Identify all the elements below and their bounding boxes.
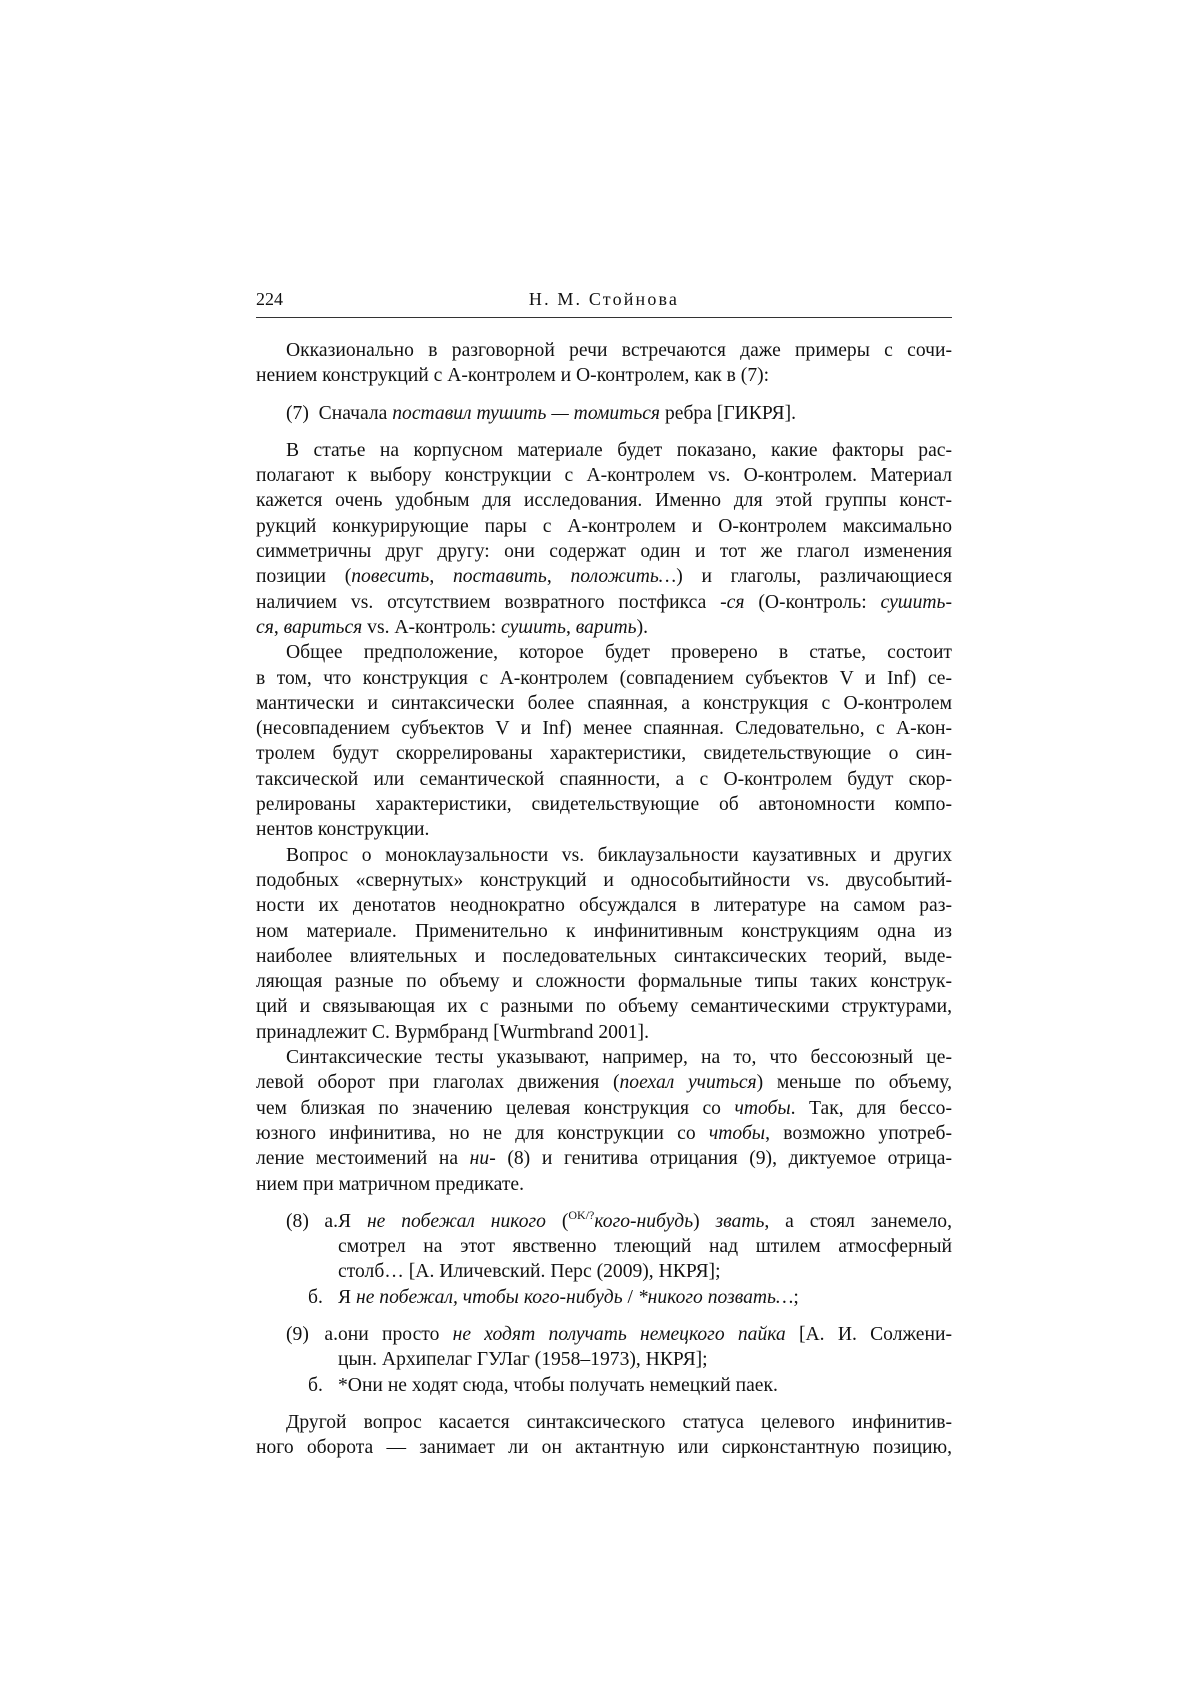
italic-text: поехал учиться (619, 1072, 756, 1093)
text-line: чем близкая по значению целевая конструк… (256, 1096, 952, 1121)
text: *Они не ходят сюда, чтобы получать немец… (338, 1375, 778, 1396)
example-sublabel: б. (308, 1373, 323, 1398)
text: ) и глаголы, различающиеся (676, 566, 952, 587)
text: (О-контроль: (745, 592, 881, 613)
paragraph: Синтаксические тесты указывают, например… (256, 1045, 952, 1197)
text: , а стоял занемело, (764, 1211, 952, 1232)
text-line: В статье на корпусном материале будет по… (256, 438, 952, 463)
text-line: ности их денотатов неоднократно обсуждал… (256, 893, 952, 918)
text: , возможно употреб- (765, 1123, 952, 1144)
example-line: (7) Сначала поставил тушить — томиться р… (286, 401, 952, 426)
text-line: юзного инфинитива, но не для конструкции… (256, 1121, 952, 1146)
text-line: (несовпадением субъектов V и Inf) менее … (256, 716, 952, 741)
text-line: ном материале. Применительно к инфинитив… (256, 919, 952, 944)
text-line: принадлежит С. Вурмбранд [Wurmbrand 2001… (256, 1020, 952, 1045)
text-line: Окказионально в разговорной речи встреча… (256, 338, 952, 363)
text-line: мантически и синтаксически более спаянна… (256, 691, 952, 716)
paragraph: В статье на корпусном материале будет по… (256, 438, 952, 640)
text: (8) и генитива отрицания (9), диктуемое … (496, 1148, 952, 1169)
text-line: таксической или семантической спаянности… (256, 767, 952, 792)
text-line: Другой вопрос касается синтаксического с… (256, 1410, 952, 1435)
text: ребра [ГИКРЯ]. (660, 403, 796, 424)
acceptability-mark: OK/? (568, 1208, 594, 1222)
book-page: 224 Н. М. Стойнова Окказионально в разго… (256, 285, 952, 1460)
italic-text: поставил тушить — томиться (392, 403, 660, 424)
text-line: нием при матричном предикате. (256, 1172, 952, 1197)
text-line: Общее предположение, которое будет прове… (256, 640, 952, 665)
text-line: нентов конструкции. (256, 817, 952, 842)
italic-text: ся (256, 617, 274, 638)
text-line: полагают к выбору конструкции с А-контро… (256, 463, 952, 488)
italic-text: положить… (570, 566, 676, 587)
text-line: в том, что конструкция с А-контролем (со… (256, 666, 952, 691)
example-line: б.*Они не ходят сюда, чтобы получать нем… (286, 1373, 952, 1398)
example-label: (7) (286, 403, 309, 424)
text: ) (693, 1211, 715, 1232)
italic-text: повесить (351, 566, 429, 587)
text-line: рукций конкурирующие пары с А-контролем … (256, 514, 952, 539)
text: чем близкая по значению целевая конструк… (256, 1098, 734, 1119)
example-line: цын. Архипелаг ГУЛаг (1958–1973), НКРЯ]; (286, 1347, 952, 1372)
text: / (623, 1287, 638, 1308)
example-label: (9) а. (286, 1322, 338, 1347)
text: , (274, 617, 284, 638)
example-8: (8) а.Я не побежал никого (OK/?кого-нибу… (256, 1209, 952, 1310)
text: наличием vs. отсутствием возвратного пос… (256, 592, 720, 613)
text-line: релированы характеристики, свидетельству… (256, 792, 952, 817)
italic-text: звать (716, 1211, 765, 1232)
text-line: Синтаксические тесты указывают, например… (256, 1045, 952, 1070)
example-7: (7) Сначала поставил тушить — томиться р… (256, 401, 952, 426)
text-line: подобных «свернутых» конструкций и однос… (256, 868, 952, 893)
example-line: б.Я не побежал, чтобы кого-нибудь / *ник… (286, 1285, 952, 1310)
text-line: наличием vs. отсутствием возвратного пос… (256, 590, 952, 615)
text-line: ного оборота — занимает ли он актантную … (256, 1435, 952, 1460)
text: , (547, 566, 571, 587)
text-line: нением конструкций с А-контролем и О-кон… (256, 363, 952, 388)
italic-text: ни- (470, 1148, 496, 1169)
italic-text: -ся (720, 592, 744, 613)
text: юзного инфинитива, но не для конструкции… (256, 1123, 709, 1144)
italic-text: не ходят получать немецкого пайка (453, 1324, 786, 1345)
text: ( (546, 1211, 568, 1232)
paragraph: Вопрос о моноклаузальности vs. биклаузал… (256, 843, 952, 1045)
example-line: столб… [А. Иличевский. Перс (2009), НКРЯ… (286, 1259, 952, 1284)
italic-text: сушить- (881, 592, 952, 613)
example-line: (8) а.Я не побежал никого (OK/?кого-нибу… (286, 1209, 952, 1234)
text: позиции ( (256, 566, 351, 587)
paragraph: Общее предположение, которое будет прове… (256, 640, 952, 842)
italic-text: чтобы (734, 1098, 790, 1119)
text-line: Вопрос о моноклаузальности vs. биклаузал… (256, 843, 952, 868)
text-line: ляющая разные по объему и сложности форм… (256, 969, 952, 994)
running-head-author: Н. М. Стойнова (256, 289, 952, 310)
italic-text: поставить (453, 566, 547, 587)
example-sublabel: б. (308, 1285, 323, 1310)
text: Я (338, 1211, 367, 1232)
text-line: наиболее влиятельных и последовательных … (256, 944, 952, 969)
page-header: 224 Н. М. Стойнова (256, 285, 952, 318)
text-line: позиции (повесить, поставить, положить…)… (256, 564, 952, 589)
paragraph: Другой вопрос касается синтаксического с… (256, 1410, 952, 1461)
text: ) меньше по объему, (757, 1072, 952, 1093)
text-line: симметричны друг другу: они содержат оди… (256, 539, 952, 564)
text-line: ся, вариться vs. А-контроль: сушить, вар… (256, 615, 952, 640)
italic-text: варить (576, 617, 637, 638)
text: , (429, 566, 453, 587)
italic-text: кого-нибудь (594, 1211, 693, 1232)
text: vs. А-контроль: (362, 617, 501, 638)
example-label: (8) а. (286, 1209, 338, 1234)
text: ление местоимений на (256, 1148, 470, 1169)
text-line: ление местоимений на ни- (8) и генитива … (256, 1146, 952, 1171)
text: ; (793, 1287, 798, 1308)
text: Я (338, 1287, 356, 1308)
page-body: Окказионально в разговорной речи встреча… (256, 338, 952, 1460)
italic-text: не побежал, чтобы кого-нибудь (356, 1287, 623, 1308)
example-line: смотрел на этот явственно тлеющий над шт… (286, 1234, 952, 1259)
italic-text: вариться (284, 617, 363, 638)
italic-text: чтобы (709, 1123, 765, 1144)
text: левой оборот при глаголах движения ( (256, 1072, 619, 1093)
text: они просто (338, 1324, 453, 1345)
paragraph: Окказионально в разговорной речи встреча… (256, 338, 952, 389)
italic-text: *никого позвать… (638, 1287, 794, 1308)
text-line: левой оборот при глаголах движения (поех… (256, 1070, 952, 1095)
text: . Так, для бессо- (791, 1098, 952, 1119)
text: ). (637, 617, 648, 638)
example-9: (9) а.они просто не ходят получать немец… (256, 1322, 952, 1398)
text-line: кажется очень удобным для исследования. … (256, 488, 952, 513)
italic-text: не побежал никого (367, 1211, 546, 1232)
text: , (566, 617, 576, 638)
example-line: (9) а.они просто не ходят получать немец… (286, 1322, 952, 1347)
text: [А. И. Солжени- (786, 1324, 952, 1345)
text-line: тролем будут скоррелированы характеристи… (256, 741, 952, 766)
text-line: ций и связывающая их с разными по объему… (256, 994, 952, 1019)
italic-text: сушить (501, 617, 566, 638)
text: Сначала (319, 403, 393, 424)
